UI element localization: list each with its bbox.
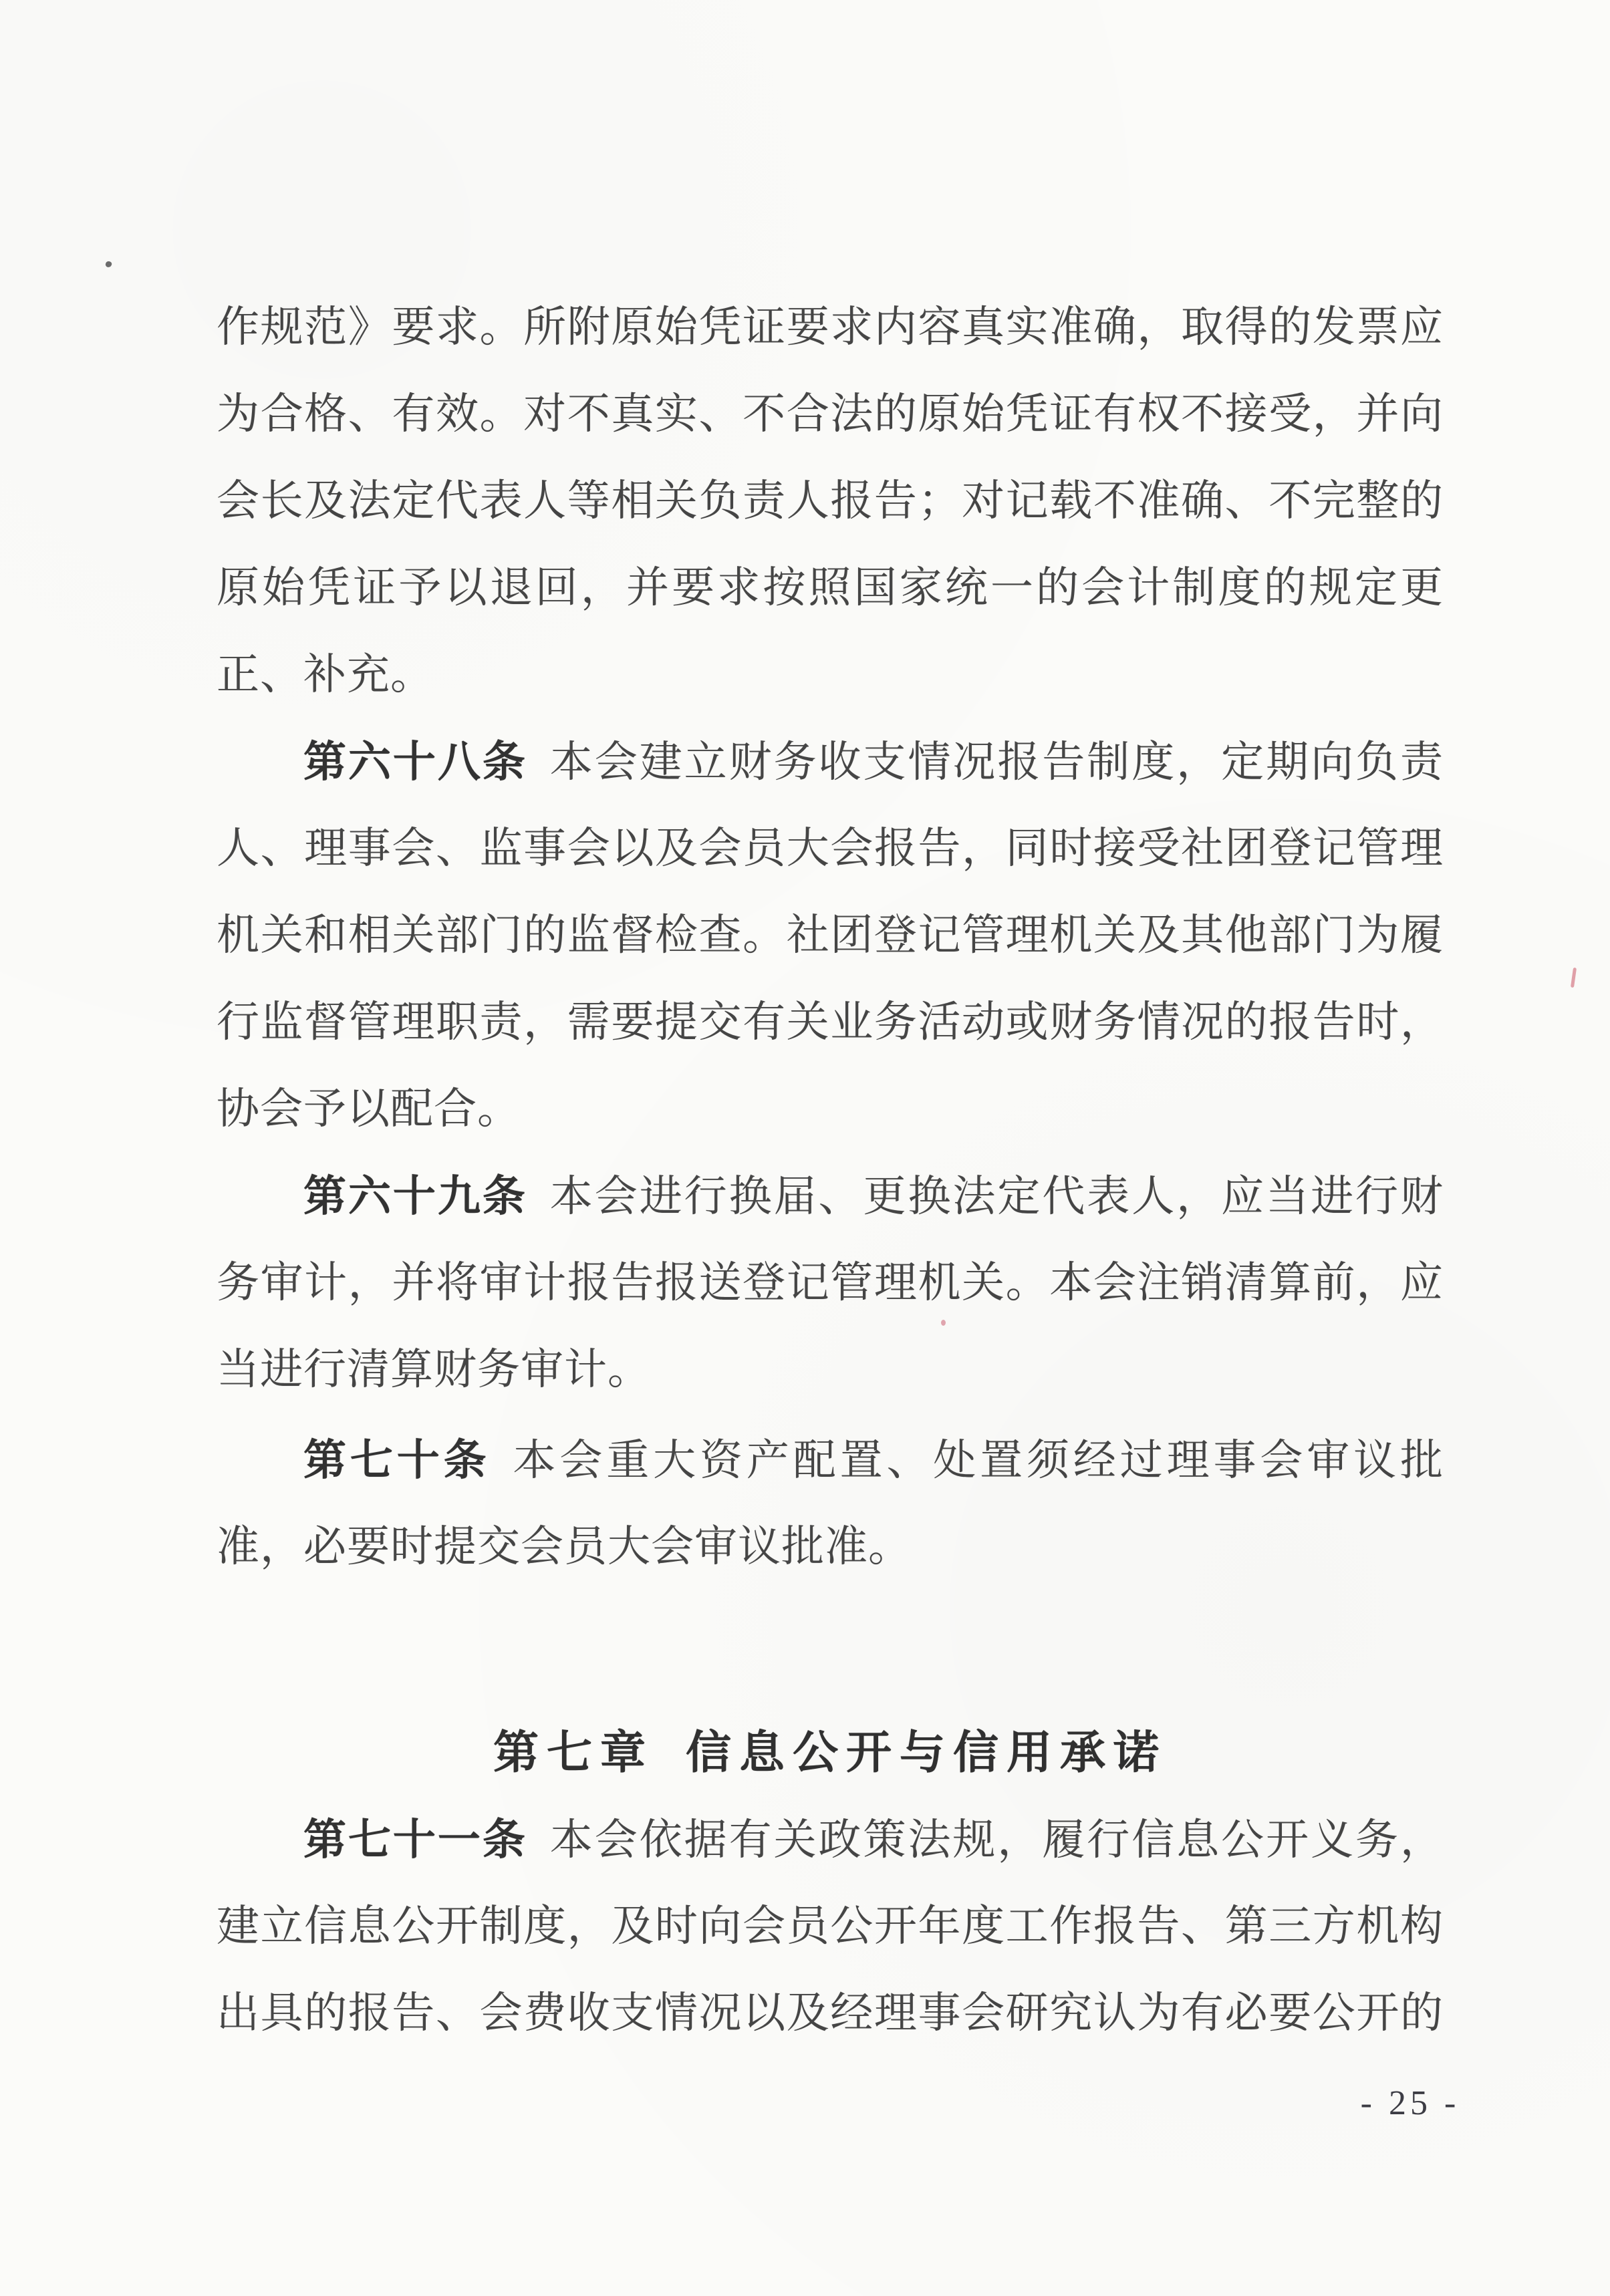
article-70-text: 本会重大资产配置、处置须经过理事会审议批 xyxy=(513,1437,1444,1484)
article-68-text: 本会建立财务收支情况报告制度，定期向负责 xyxy=(550,738,1444,786)
body-line: 建立信息公开制度，及时向会员公开年度工作报告、第三方机构 xyxy=(217,1901,1444,1952)
article-69-number: 第六十九条 xyxy=(303,1172,527,1220)
body-line: 作规范》要求。所附原始凭证要求内容真实准确，取得的发票应 xyxy=(217,302,1444,353)
body-line: 出具的报告、会费收支情况以及经理事会研究认为有必要公开的 xyxy=(217,1988,1444,2039)
article-71-number: 第七十一条 xyxy=(303,1816,527,1864)
body-line: 人、理事会、监事会以及会员大会报告，同时接受社团登记管理 xyxy=(217,823,1444,874)
chapter-heading: 第七章信息公开与信用承诺 xyxy=(217,1726,1444,1779)
body-line: 会长及法定代表人等相关负责人报告；对记载不准确、不完整的 xyxy=(217,476,1444,527)
scan-speck-red-mark xyxy=(1571,968,1577,988)
body-line: 务审计，并将审计报告报送登记管理机关。本会注销清算前，应 xyxy=(217,1258,1444,1308)
scan-speck-dot xyxy=(105,261,113,269)
article-68-line: 第六十八条本会建立财务收支情况报告制度，定期向负责 xyxy=(217,736,1444,788)
chapter-title: 信息公开与信用承诺 xyxy=(686,1727,1167,1778)
chapter-number: 第七章 xyxy=(493,1727,654,1778)
page-number: - 25 - xyxy=(1357,2084,1464,2123)
article-70-line: 第七十条本会重大资产配置、处置须经过理事会审议批 xyxy=(217,1435,1444,1486)
scanned-document-page: 作规范》要求。所附原始凭证要求内容真实准确，取得的发票应 为合格、有效。对不真实… xyxy=(0,0,1610,2296)
body-line: 原始凭证予以退回，并要求按照国家统一的会计制度的规定更 xyxy=(217,563,1444,613)
body-line: 机关和相关部门的监督检查。社团登记管理机关及其他部门为履 xyxy=(217,910,1444,961)
body-line paragraph-end: 当进行清算财务审计。 xyxy=(217,1344,1444,1395)
article-68-number: 第六十八条 xyxy=(303,738,527,786)
article-69-text: 本会进行换届、更换法定代表人，应当进行财 xyxy=(550,1173,1444,1220)
body-line paragraph-end: 协会予以配合。 xyxy=(217,1084,1444,1135)
body-line paragraph-end: 正、补充。 xyxy=(217,650,1444,700)
body-line: 为合格、有效。对不真实、不合法的原始凭证有权不接受，并向 xyxy=(217,389,1444,440)
body-line: 行监督管理职责，需要提交有关业务活动或财务情况的报告时， xyxy=(217,997,1444,1048)
article-70-number: 第七十条 xyxy=(303,1436,490,1484)
scan-speck-pink-dot xyxy=(941,1320,946,1326)
article-71-line: 第七十一条本会依据有关政策法规，履行信息公开义务， xyxy=(217,1814,1444,1866)
article-71-text: 本会依据有关政策法规，履行信息公开义务， xyxy=(550,1816,1444,1864)
body-line paragraph-end: 准，必要时提交会员大会审议批准。 xyxy=(217,1522,1444,1572)
article-69-line: 第六十九条本会进行换届、更换法定代表人，应当进行财 xyxy=(217,1171,1444,1222)
